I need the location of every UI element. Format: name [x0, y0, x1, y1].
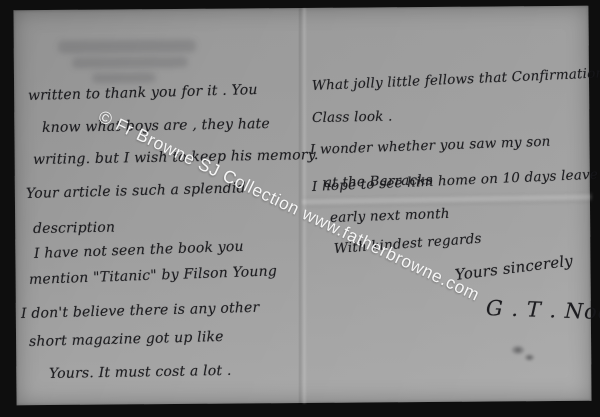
- letterhead-showthrough: [92, 73, 156, 84]
- photo-frame: written to thank you for it . You know w…: [0, 0, 600, 417]
- handwriting-line: Yours. It must cost a lot .: [49, 363, 232, 382]
- handwriting-line: description: [33, 220, 115, 237]
- letterhead-showthrough: [72, 56, 188, 68]
- signature: G . T . Noel: [486, 296, 600, 325]
- letterhead-showthrough: [58, 39, 196, 53]
- ink-smudge: [522, 352, 537, 363]
- handwriting-line: Class look .: [312, 109, 393, 126]
